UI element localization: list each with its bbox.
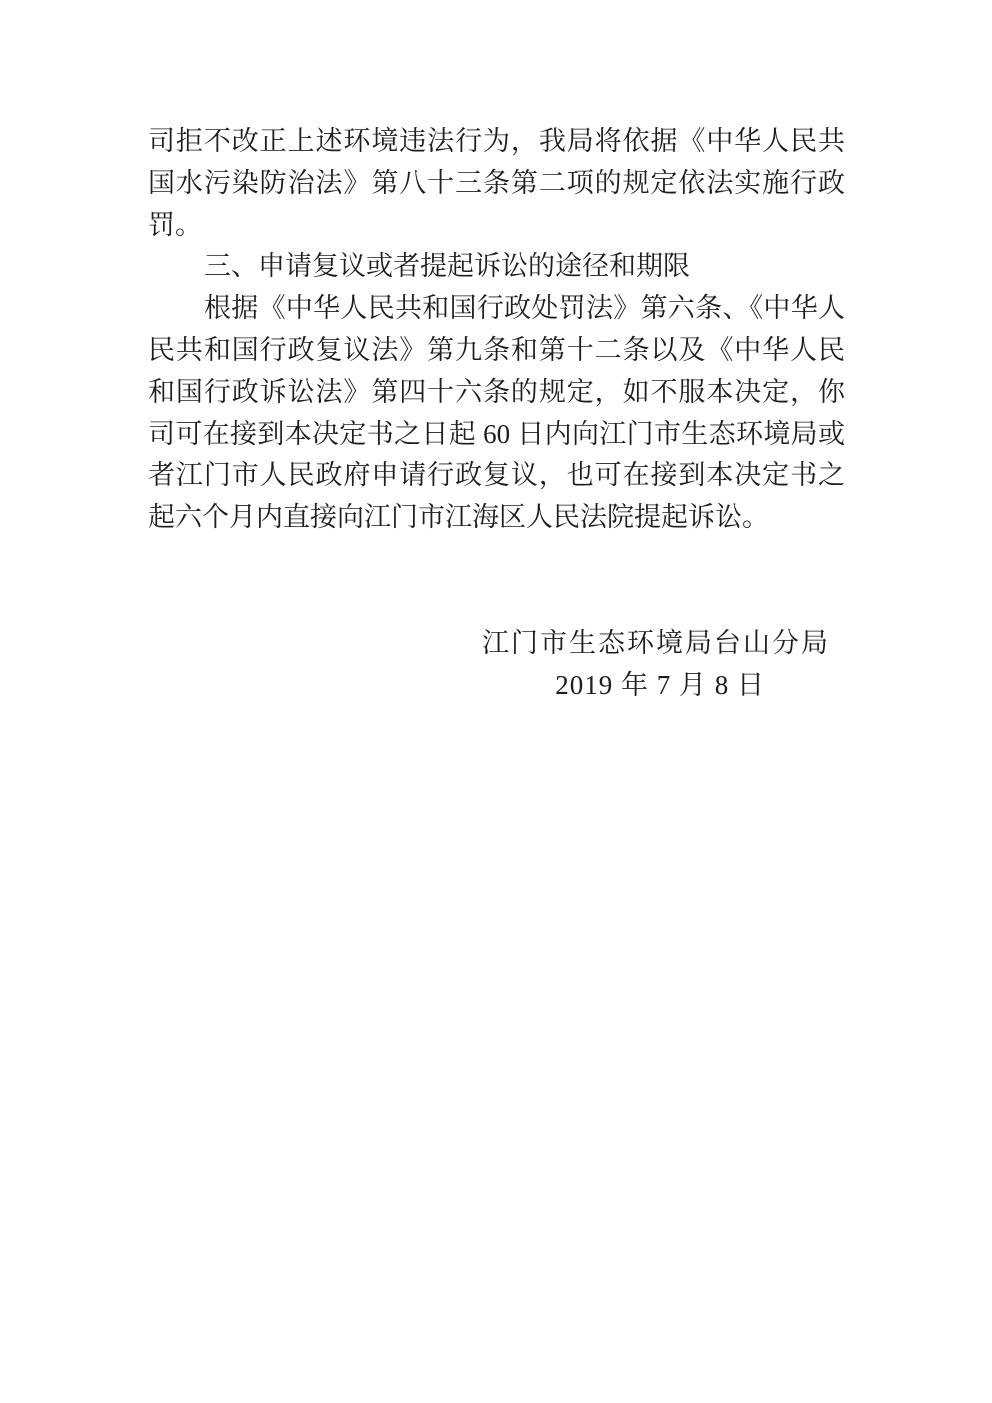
text-line-9: 者江门市人民政府申请行政复议，也可在接到本决定书之日 xyxy=(148,455,845,497)
text-line-5: 根据《中华人民共和国行政处罚法》第六条、《中华人 xyxy=(148,288,845,330)
text-line-7: 和国行政诉讼法》第四十六条的规定，如不服本决定，你公 xyxy=(148,372,845,414)
text-line-2: 国水污染防治法》第八十三条第二项的规定依法实施行政处 xyxy=(148,163,845,205)
document-page: 司拒不改正上述环境违法行为，我局将依据《中华人民共和国水污染防治法》第八十三条第… xyxy=(0,0,992,1403)
text-line-3: 罚。 xyxy=(148,205,845,247)
text-line-6: 民共和国行政复议法》第九条和第十二条以及《中华人民共 xyxy=(148,330,845,372)
text-line-1: 司拒不改正上述环境违法行为，我局将依据《中华人民共和 xyxy=(148,121,845,163)
text-line-4: 三、申请复议或者提起诉讼的途径和期限 xyxy=(148,246,845,288)
text-line-10: 起六个月内直接向江门市江海区人民法院提起诉讼。 xyxy=(148,497,845,539)
text-line-8: 司可在接到本决定书之日起 60 日内向江门市生态环境局或 xyxy=(148,414,845,456)
document-body: 司拒不改正上述环境违法行为，我局将依据《中华人民共和国水污染防治法》第八十三条第… xyxy=(148,121,845,539)
issue-date: 2019 年 7 月 8 日 xyxy=(148,664,845,706)
signature-issuing-authority: 江门市生态环境局台山分局 xyxy=(148,622,845,664)
